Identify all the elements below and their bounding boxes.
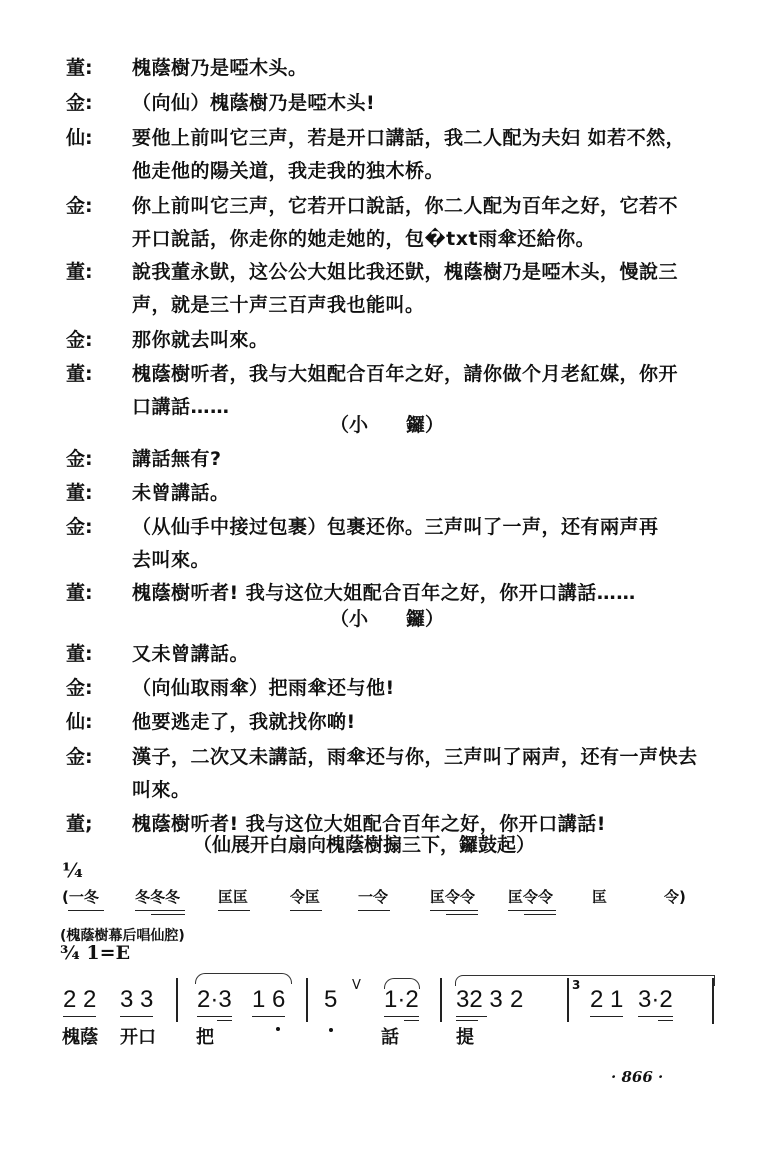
note-group: 2 2 bbox=[63, 986, 96, 1014]
dialogue-line: （从仙手中接过包裹）包裹还你。三声叫了一声，还有兩声再 bbox=[132, 515, 659, 539]
bar-line bbox=[440, 978, 442, 1022]
dialogue-line: 漢子，二次又未講話，雨傘还与你，三声叫了兩声，还有一声快去 bbox=[132, 745, 698, 769]
note-group: 2 bbox=[510, 986, 523, 1014]
lyric: 提 bbox=[456, 1023, 474, 1049]
percussion-cell: 令) bbox=[664, 888, 686, 906]
percussion-cell: 一令 bbox=[358, 888, 390, 906]
note-group: 2·3 bbox=[197, 986, 232, 1014]
percussion-cell: 匡令令 bbox=[430, 888, 478, 906]
note-digits: 5 bbox=[324, 986, 337, 1013]
speaker-label: 董: bbox=[66, 642, 93, 666]
note-group: 5 bbox=[324, 986, 337, 1014]
percussion-syllable: (一冬 bbox=[62, 888, 99, 906]
speaker-label: 金: bbox=[66, 194, 93, 218]
percussion-syllable: 令匡 bbox=[290, 888, 320, 906]
note-group: 2 1 bbox=[590, 986, 623, 1014]
dialogue-line: 說我董永獃，这公公大姐比我还獃，槐蔭樹乃是啞木头，慢說三 bbox=[132, 260, 678, 284]
dialogue-line: 要他上前叫它三声，若是开口講話，我二人配为夫妇 如若不然， bbox=[132, 126, 685, 150]
percussion-syllable: 令) bbox=[664, 888, 686, 906]
dialogue-line: （向仙取雨傘）把雨傘还与他! bbox=[132, 676, 395, 700]
note-digits: 2 2 bbox=[63, 986, 96, 1013]
tie-slur bbox=[455, 975, 715, 986]
dialogue-line: 槐蔭樹听者! 我与这位大姐配合百年之好，你开口講話…… bbox=[132, 581, 636, 605]
dialogue-line: 槐蔭樹乃是啞木头。 bbox=[132, 56, 308, 80]
note-group: 1 6 bbox=[252, 986, 285, 1014]
note-group: 32 3 bbox=[456, 986, 503, 1014]
percussion-cell: (一冬 bbox=[62, 888, 104, 906]
note-digits: 1·2 bbox=[384, 986, 419, 1013]
note-digits: 1 6 bbox=[252, 986, 285, 1013]
tie-slur bbox=[195, 973, 292, 984]
dialogue-line: 去叫來。 bbox=[132, 548, 210, 572]
speaker-label: 董; bbox=[66, 812, 93, 836]
dialogue-line: 那你就去叫來。 bbox=[132, 328, 269, 352]
page-number: · 866 · bbox=[611, 1068, 663, 1086]
dialogue-line: 声，就是三十声三百声我也能叫。 bbox=[132, 293, 425, 317]
percussion-cell: 匡 bbox=[592, 888, 607, 906]
bar-line bbox=[176, 978, 178, 1022]
dialogue-line: 講話無有? bbox=[132, 447, 222, 471]
percussion-cell: 匡令令 bbox=[508, 888, 556, 906]
note-group: 1·2 bbox=[384, 986, 419, 1014]
note-group: 3·2 bbox=[638, 986, 673, 1014]
lyric: 开口 bbox=[120, 1023, 156, 1049]
speaker-label: 董: bbox=[66, 260, 93, 284]
stage-direction: （仙展开白扇向槐蔭樹搧三下，鑼鼓起） bbox=[193, 833, 535, 857]
dialogue-line: 他要逃走了，我就找你啲! bbox=[132, 710, 356, 734]
speaker-label: 金: bbox=[66, 515, 93, 539]
percussion-meter: ¼ bbox=[62, 858, 83, 882]
bar-line bbox=[712, 978, 714, 1024]
key-signature: ¾ 1=E bbox=[60, 942, 130, 964]
note-digits: 2 1 bbox=[590, 986, 623, 1013]
note-digits: 2 bbox=[510, 986, 523, 1013]
bar-line bbox=[567, 978, 569, 1022]
dialogue-line: 他走他的陽关道，我走我的独木桥。 bbox=[132, 159, 444, 183]
speaker-label: 金: bbox=[66, 328, 93, 352]
percussion-syllable: 一令 bbox=[358, 888, 388, 906]
grace-note: 3 bbox=[572, 978, 580, 992]
percussion-syllable: 冬冬冬 bbox=[135, 888, 180, 906]
speaker-label: 董: bbox=[66, 56, 93, 80]
speaker-label: 金: bbox=[66, 676, 93, 700]
dialogue-line: 未曾講話。 bbox=[132, 481, 230, 505]
dialogue-line: 开口說話，你走你的她走她的，包�txt雨傘还給你。 bbox=[132, 227, 595, 251]
dialogue-line: 槐蔭樹听者，我与大姐配合百年之好，請你做个月老紅媒，你开 bbox=[132, 362, 678, 386]
dialogue-line: （向仙）槐蔭樹乃是啞木头! bbox=[132, 91, 375, 115]
speaker-label: 董: bbox=[66, 362, 93, 386]
speaker-label: 仙: bbox=[66, 710, 93, 734]
breath-mark: V bbox=[352, 978, 361, 993]
percussion-cell: 冬冬冬 bbox=[135, 888, 185, 906]
speaker-label: 董: bbox=[66, 481, 93, 505]
note-digits: 3 3 bbox=[120, 986, 153, 1013]
dialogue-line: 叫來。 bbox=[132, 778, 191, 802]
dialogue-line: 口講話…… bbox=[132, 395, 230, 419]
percussion-syllable: 匡令令 bbox=[430, 888, 475, 906]
percussion-cell: 匡匡 bbox=[218, 888, 250, 906]
note-group: 3 3 bbox=[120, 986, 153, 1014]
note-digits: 3·2 bbox=[638, 986, 673, 1013]
dialogue-line: 你上前叫它三声，它若开口說話，你二人配为百年之好，它若不 bbox=[132, 194, 678, 218]
percussion-syllable: 匡 bbox=[592, 888, 607, 906]
bar-line bbox=[306, 978, 308, 1022]
speaker-label: 金: bbox=[66, 447, 93, 471]
speaker-label: 金: bbox=[66, 745, 93, 769]
stage-direction: （小 鑼） bbox=[330, 607, 444, 631]
stage-direction: （小 鑼） bbox=[330, 413, 444, 437]
note-digits: 32 3 bbox=[456, 986, 503, 1013]
speaker-label: 董: bbox=[66, 581, 93, 605]
lyric: 把 bbox=[196, 1023, 214, 1049]
lyric: 槐蔭 bbox=[62, 1023, 98, 1049]
percussion-syllable: 匡令令 bbox=[508, 888, 553, 906]
lyric: 話 bbox=[381, 1023, 399, 1049]
speaker-label: 仙: bbox=[66, 126, 93, 150]
speaker-label: 金: bbox=[66, 91, 93, 115]
percussion-syllable: 匡匡 bbox=[218, 888, 248, 906]
dialogue-line: 又未曾講話。 bbox=[132, 642, 249, 666]
note-digits: 2·3 bbox=[197, 986, 232, 1013]
percussion-cell: 令匡 bbox=[290, 888, 322, 906]
